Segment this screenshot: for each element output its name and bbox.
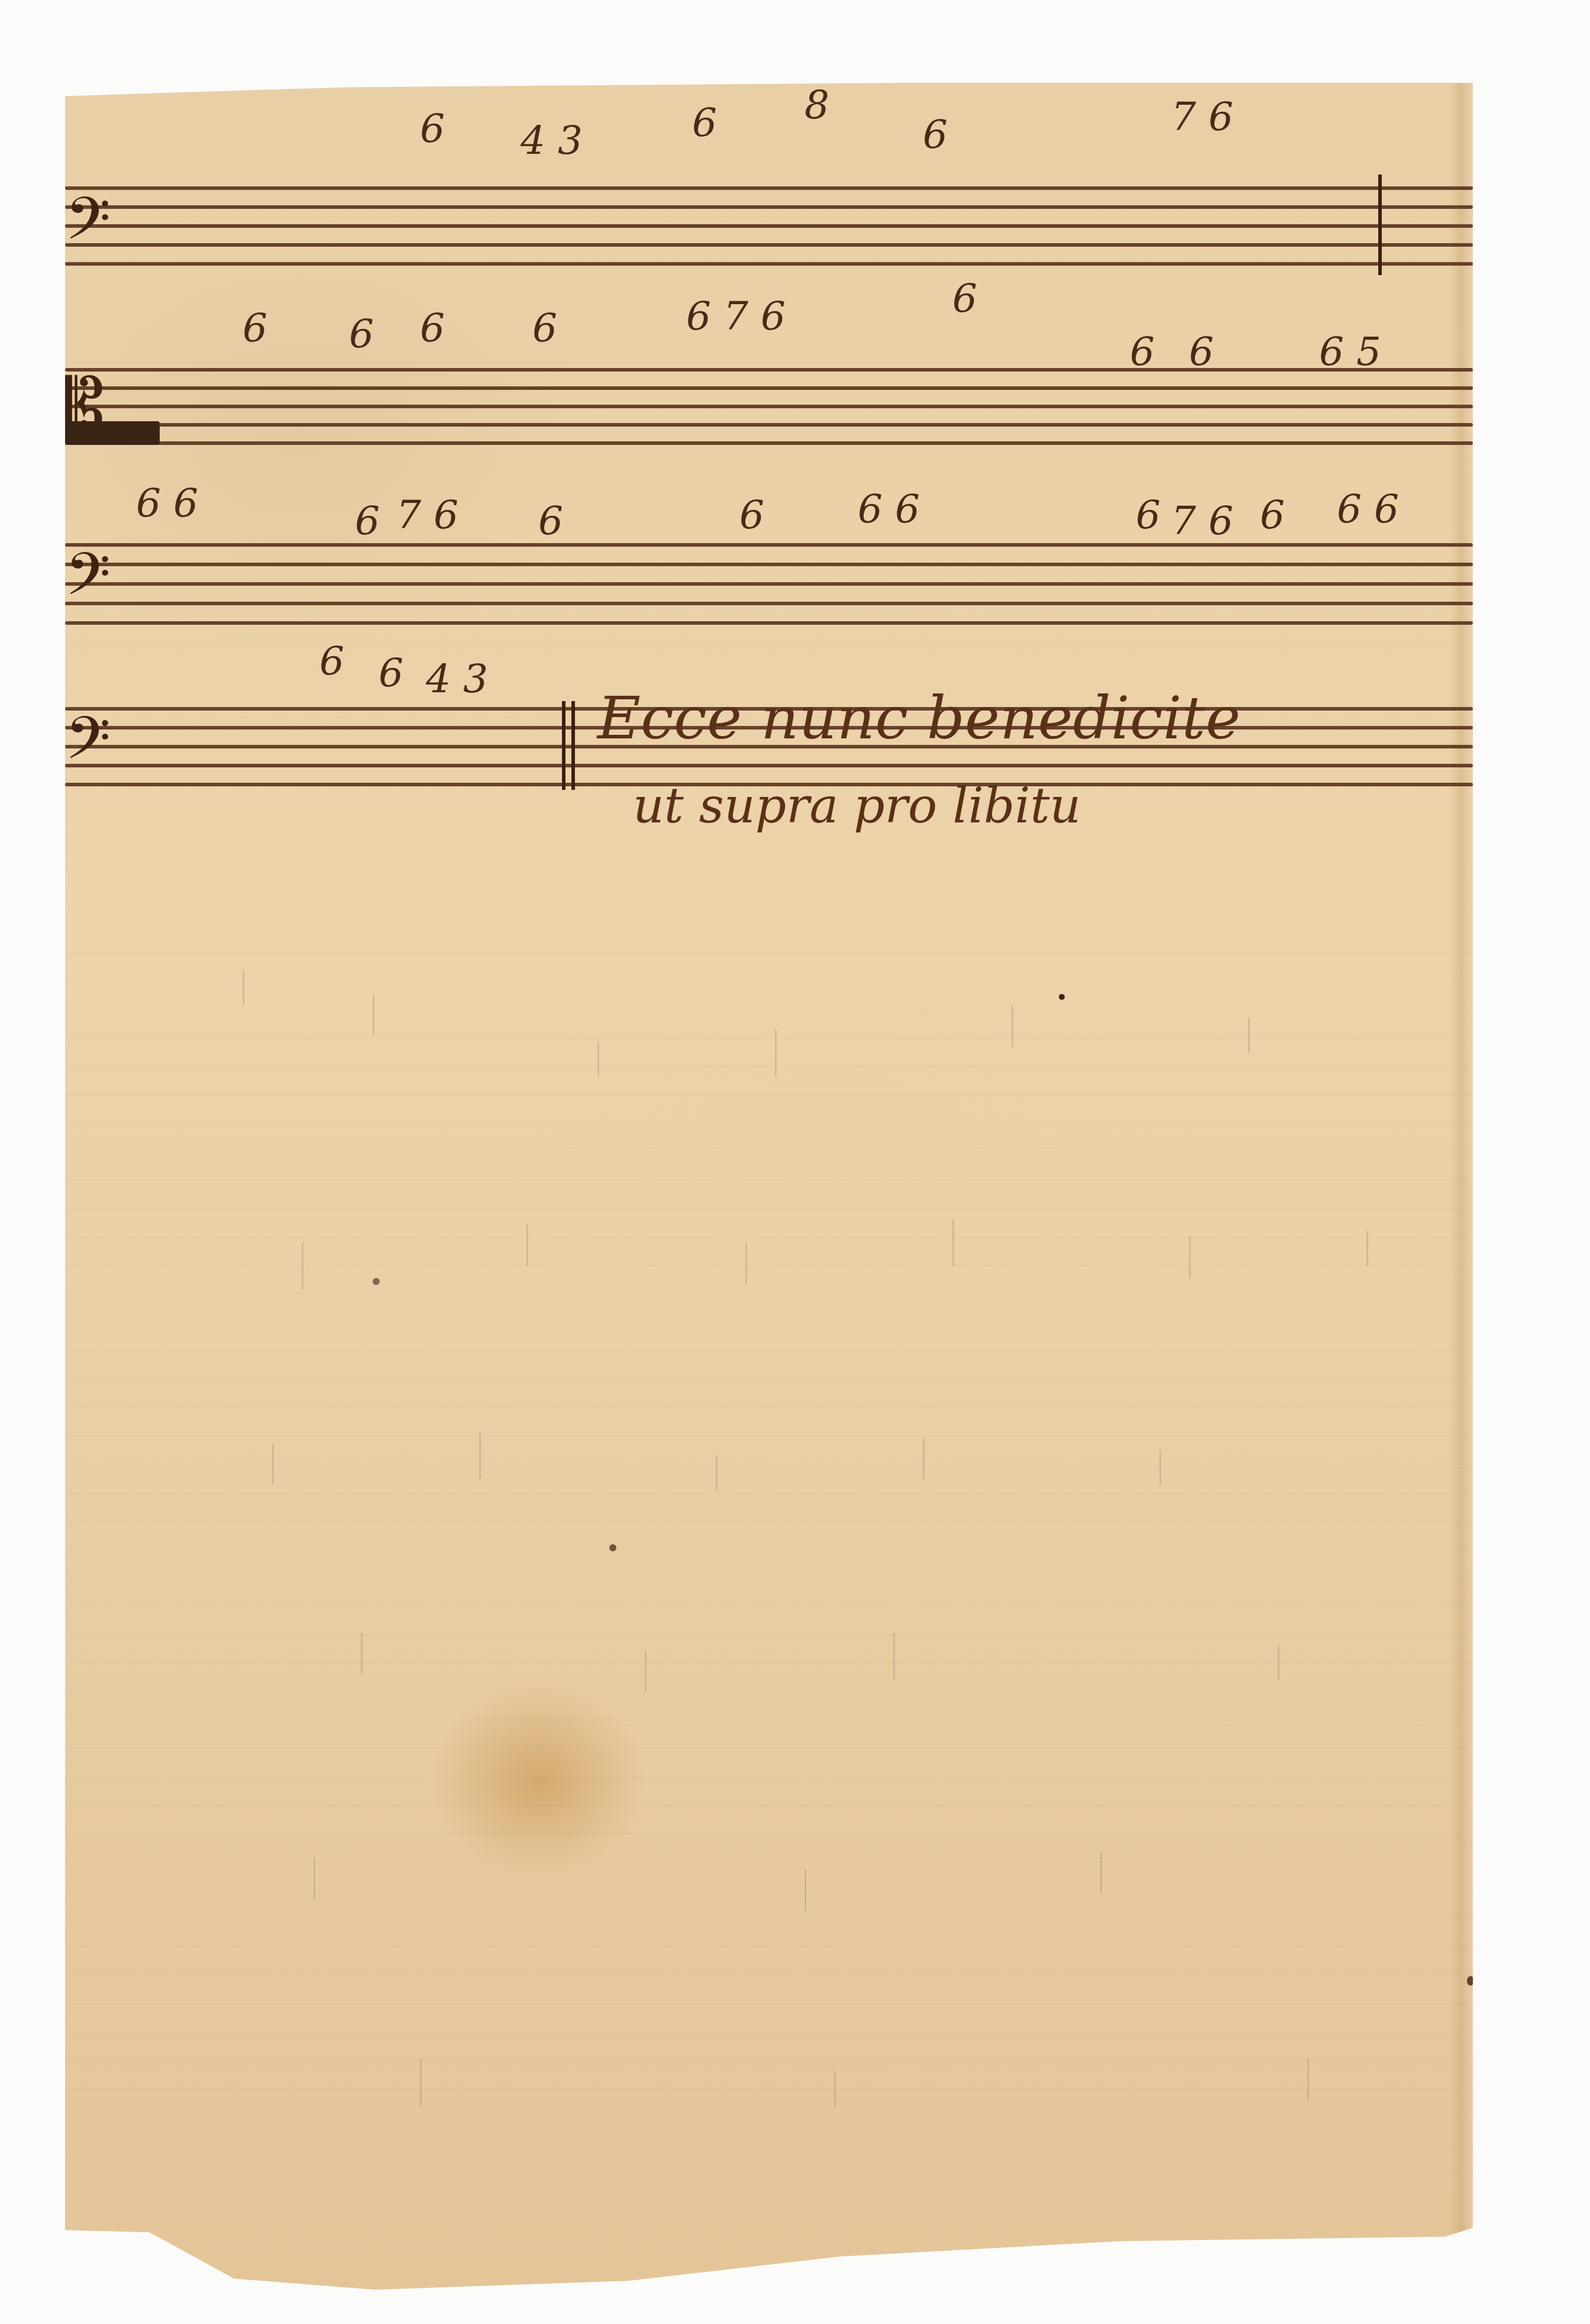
bass-clef-icon: 𝄢 [65, 547, 111, 618]
figure: 6 [952, 279, 977, 318]
incipit-line-1: Ecce nunc benedicite [597, 683, 1240, 753]
figure: 6 6 [136, 484, 198, 523]
manuscript-page: 𝄢 6 4 3 6 8 6 7 6 𝄡 6 6 6 6 6 7 6 6 6 6 … [65, 83, 1473, 2290]
figure: 6 [420, 109, 445, 149]
figure: 8 [804, 86, 829, 125]
bass-clef-icon: 𝄢 [65, 711, 111, 782]
ink-spot [609, 1544, 616, 1551]
figure: 7 6 [1171, 502, 1233, 541]
ink-blot [65, 421, 160, 445]
figure: 6 [1136, 496, 1161, 535]
figure: 6 [379, 654, 403, 693]
figure: 6 [923, 115, 948, 154]
figure: 6 6 [1337, 490, 1399, 529]
bass-clef-icon: 𝄢 [65, 191, 111, 262]
staff-4: 𝄢 6 6 4 3 Ecce nunc benedicite ut supra … [65, 707, 1473, 785]
figure: 6 [243, 309, 267, 348]
bleed-through-staves [65, 941, 1473, 2183]
figure: 6 [1189, 333, 1214, 372]
ink-spot [1467, 1976, 1474, 1986]
figure: 6 [1260, 496, 1285, 535]
staff-3: 𝄢 6 6 6 7 6 6 6 6 6 6 7 6 6 6 6 [65, 543, 1473, 621]
double-bar [562, 701, 565, 790]
figure: 6 [692, 104, 717, 143]
figure: 6 [739, 496, 764, 535]
figure: 6 [319, 642, 344, 681]
figure: 6 [1130, 333, 1155, 372]
figure: 6 5 [1319, 333, 1381, 372]
staff-1: 𝄢 6 4 3 6 8 6 7 6 [65, 186, 1473, 264]
figure: 6 6 [858, 490, 920, 529]
figure: 7 6 [1171, 98, 1233, 137]
figure: 6 7 6 [686, 297, 786, 336]
ink-spot [373, 1278, 380, 1285]
figure: 6 [420, 309, 445, 348]
figure: 6 [349, 315, 374, 354]
figure: 4 3 [426, 660, 488, 699]
staff-2: 𝄡 6 6 6 6 6 7 6 6 6 6 6 5 [65, 368, 1473, 446]
figure: 7 6 [396, 496, 458, 535]
figure: 6 [532, 309, 557, 348]
figure: 6 [538, 502, 563, 541]
figure: 6 [355, 502, 380, 541]
figure: 4 3 [521, 121, 583, 160]
ink-spot [1059, 994, 1065, 1000]
incipit-line-2: ut supra pro libitu [633, 778, 1081, 834]
